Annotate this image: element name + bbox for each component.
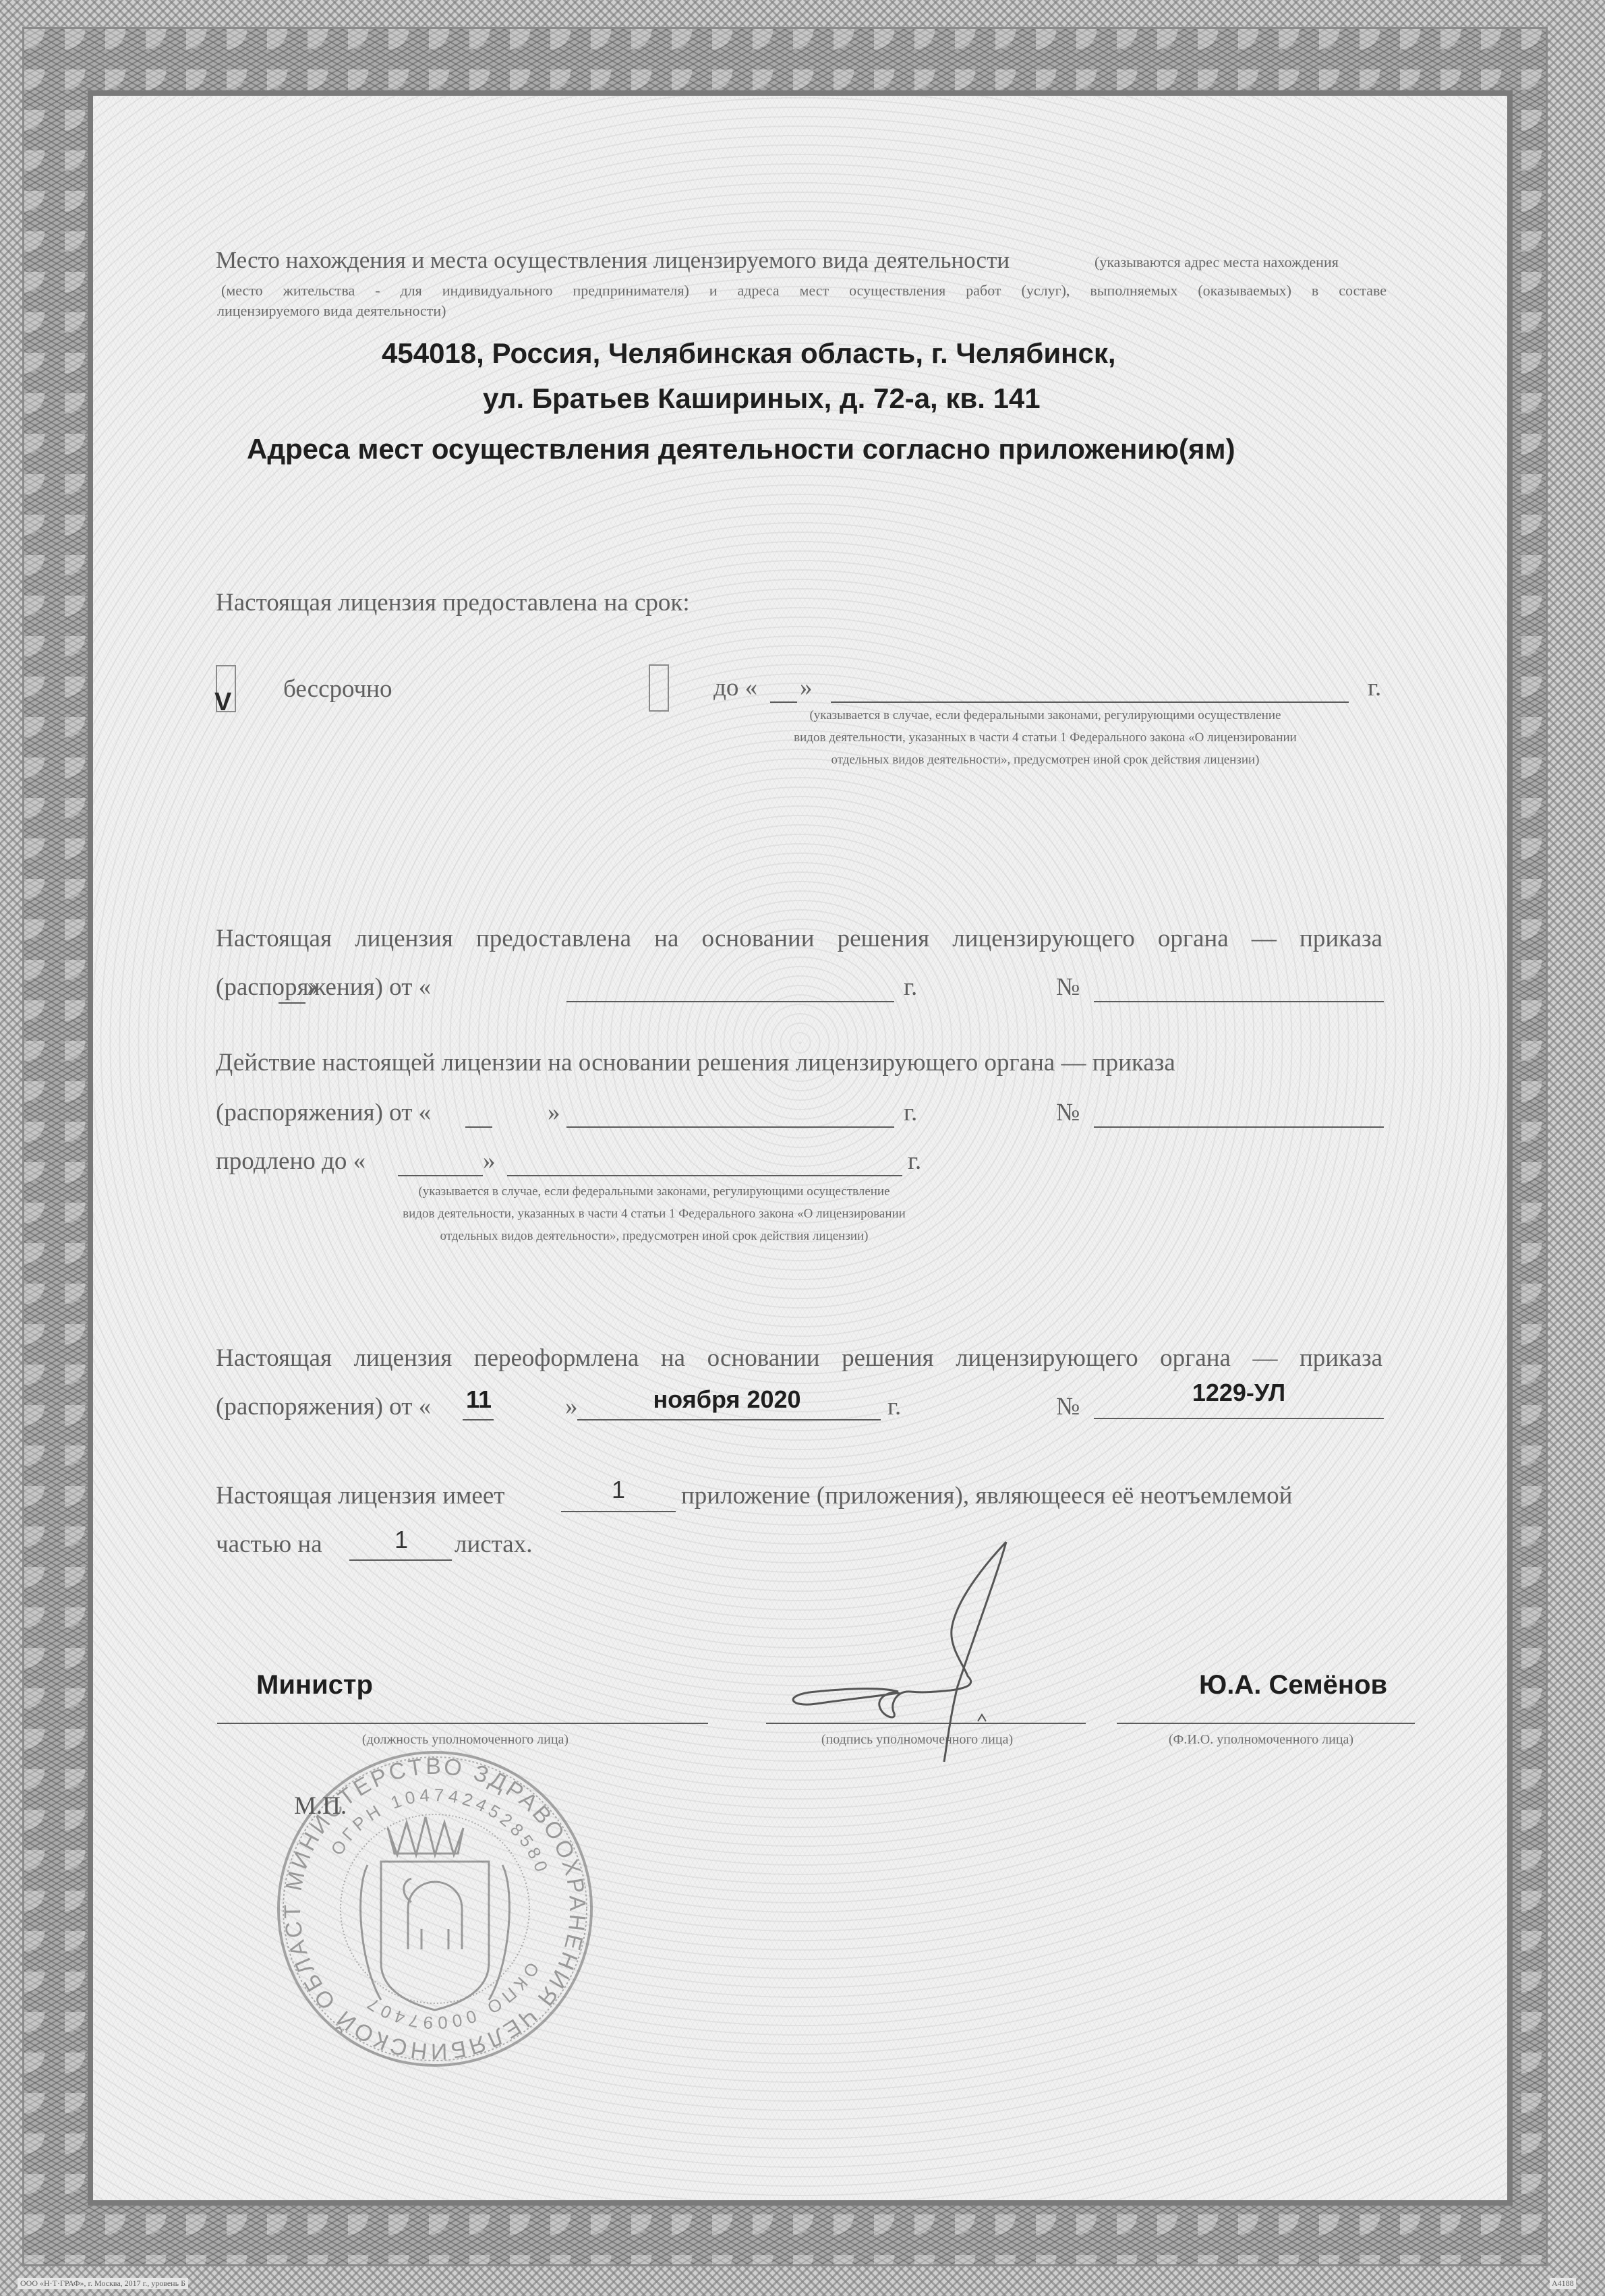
granted-day-field[interactable] (279, 1002, 305, 1004)
reissued-prefix: (распоряжения) от « (216, 1392, 431, 1421)
granted-year: г. (904, 973, 917, 1002)
label-until-prefix: до « (713, 673, 757, 702)
extended-date-field[interactable] (566, 1126, 894, 1128)
checkmark-icon: V (214, 688, 231, 717)
extended-until-day-field[interactable] (398, 1175, 483, 1176)
reissued-number: 1229-УЛ (1094, 1379, 1384, 1407)
granted-quote: » (307, 973, 320, 1002)
name-line (1117, 1723, 1415, 1724)
location-hint-1: (указываются адрес места нахождения (1095, 254, 1339, 271)
reissued-day: 11 (464, 1385, 494, 1414)
reissued-number-field[interactable] (1094, 1418, 1384, 1419)
extended-quote: » (548, 1098, 560, 1127)
appendix-count: 1 (561, 1476, 676, 1504)
granted-date-field[interactable] (566, 1001, 894, 1002)
reissued-date-field[interactable] (577, 1419, 881, 1420)
appendix-count-field[interactable] (561, 1511, 676, 1512)
reissued-number-sign: № (1056, 1392, 1080, 1421)
address-line-3: Адреса мест осуществления деятельности с… (247, 433, 1235, 465)
granted-prefix: (распоряжения) от « (216, 973, 431, 1002)
term-hint-2: видов деятельности, указанных в части 4 … (728, 726, 1362, 749)
reissued-year: г. (887, 1392, 901, 1421)
address-line-1: 454018, Россия, Челябинская область, г. … (382, 337, 1116, 370)
granted-line-1: Настоящая лицензия предоставлена на осно… (216, 924, 1382, 953)
extended-day-field[interactable] (465, 1126, 492, 1128)
extended-hint-1: (указывается в случае, если федеральными… (337, 1180, 971, 1203)
form-serial-number: А4188 (1550, 2278, 1576, 2289)
extended-prefix: (распоряжения) от « (216, 1098, 431, 1127)
term-hint: (указывается в случае, если федеральными… (728, 704, 1362, 771)
position-line (217, 1723, 708, 1724)
label-until-quote: » (800, 673, 813, 702)
extended-hint: (указывается в случае, если федеральными… (337, 1180, 971, 1247)
extended-until-year: г. (908, 1147, 921, 1176)
extended-line-1: Действие настоящей лицензии на основании… (216, 1048, 1175, 1077)
until-day-field[interactable] (770, 701, 797, 703)
location-hint-3: лицензируемого вида деятельности) (217, 302, 446, 320)
extended-number-field[interactable] (1094, 1126, 1384, 1128)
location-hint-2: (место жительства - для индивидуального … (221, 282, 1387, 299)
signer-name: Ю.А. Семёнов (1199, 1670, 1387, 1700)
granted-number-sign: № (1056, 973, 1080, 1002)
until-date-field[interactable] (831, 701, 1349, 703)
reissued-quote: » (565, 1392, 578, 1421)
label-unlimited: бессрочно (283, 675, 392, 704)
appendix-line-2-prefix: частью на (216, 1530, 322, 1559)
extended-hint-3: отдельных видов деятельности», предусмот… (337, 1225, 971, 1247)
position-caption: (должность уполномоченного лица) (324, 1732, 607, 1748)
location-heading: Место нахождения и места осуществления л… (216, 247, 1010, 274)
appendix-line-2-suffix: листах. (455, 1530, 532, 1559)
checkbox-until[interactable] (649, 664, 669, 712)
reissued-day-field[interactable] (463, 1419, 494, 1420)
stamp-place-label: М.П. (294, 1791, 347, 1820)
reissued-line-1: Настоящая лицензия переоформлена на осно… (216, 1344, 1382, 1373)
extended-number-sign: № (1056, 1098, 1080, 1127)
extended-until-date-field[interactable] (507, 1175, 902, 1176)
handwritten-signature (742, 1511, 1092, 1808)
name-caption: (Ф.И.О. уполномоченного лица) (1119, 1732, 1403, 1748)
term-hint-1: (указывается в случае, если федеральными… (728, 704, 1362, 726)
signer-position: Министр (256, 1670, 373, 1700)
extended-until-prefix: продлено до « (216, 1147, 366, 1176)
label-until-year: г. (1368, 673, 1381, 702)
sheet-count: 1 (351, 1526, 452, 1554)
sheet-count-field[interactable] (349, 1559, 452, 1561)
extended-year: г. (904, 1098, 917, 1127)
appendix-line-1-prefix: Настоящая лицензия имеет (216, 1481, 504, 1510)
granted-number-field[interactable] (1094, 1001, 1384, 1002)
term-heading: Настоящая лицензия предоставлена на срок… (216, 588, 690, 617)
extended-until-quote: » (483, 1147, 496, 1176)
term-hint-3: отдельных видов деятельности», предусмот… (728, 749, 1362, 771)
reissued-date: ноября 2020 (577, 1385, 877, 1414)
extended-hint-2: видов деятельности, указанных в части 4 … (337, 1203, 971, 1225)
address-line-2: ул. Братьев Кашириных, д. 72-а, кв. 141 (483, 382, 1041, 415)
printer-imprint: ООО «Н·Т·ГРАФ», г. Москва, 2017 г., уров… (18, 2278, 188, 2289)
coat-of-arms-icon (361, 1817, 510, 2010)
appendix-line-1-suffix: приложение (приложения), являющееся её н… (681, 1481, 1292, 1510)
